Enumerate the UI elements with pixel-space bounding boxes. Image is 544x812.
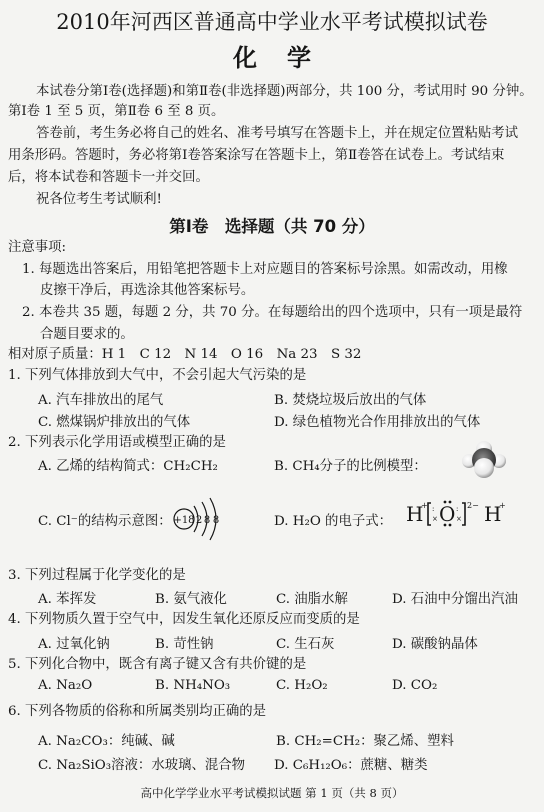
ch4-space-filling-model-icon <box>462 440 506 480</box>
page-footer: 高中化学学业水平考试模拟试题 第 1 页（共 8 页） <box>0 785 544 801</box>
question-1-option-c: C. 燃煤锅炉排放出的气体 <box>38 411 190 430</box>
question-2-option-d: D. H₂O 的电子式： <box>274 510 392 529</box>
svg-text:O: O <box>439 502 455 526</box>
question-1-option-d: D. 绿色植物光合作用排放出的气体 <box>274 411 480 430</box>
intro-line-2: 第Ⅰ卷 1 至 5 页，第Ⅱ卷 6 至 8 页。 <box>8 102 224 122</box>
intro-line-6: 祝各位考生考试顺利! <box>36 190 162 210</box>
notes-heading: 注意事项: <box>8 238 66 258</box>
note-1-line-1: 1. 每题选出答案后，用铅笔把答题卡上对应题目的答案标号涂黑。如需改动，用橡 <box>22 260 508 280</box>
question-2-option-c: C. Cl⁻的结构示意图： <box>38 510 172 529</box>
svg-text:2−: 2− <box>467 501 479 510</box>
question-4-option-d: D. 碳酸钠晶体 <box>392 633 478 652</box>
question-5-option-a: A. Na₂O <box>38 678 92 693</box>
question-2-option-b: B. CH₄分子的比例模型： <box>274 455 427 474</box>
question-6-option-c: C. Na₂SiO₃溶液：水玻璃、混合物 <box>38 754 245 773</box>
question-5-option-c: C. H₂O₂ <box>276 678 328 693</box>
nucleus-charge: +18 <box>173 515 194 526</box>
question-4-option-c: C. 生石灰 <box>276 633 334 652</box>
subject-title: 化学 <box>0 38 544 73</box>
question-5-option-d: D. CO₂ <box>392 678 437 693</box>
note-1-line-2: 皮擦干净后，再选涂其他答案标号。 <box>40 281 254 301</box>
chloride-ion-structure-diagram-icon: +18 2 8 8 <box>172 496 230 544</box>
question-6-option-b: B. CH₂=CH₂：聚乙烯、塑料 <box>276 730 454 749</box>
question-6-option-a: A. Na₂CO₃：纯碱、碱 <box>38 730 175 749</box>
question-2-option-a: A. 乙烯的结构简式：CH₂CH₂ <box>38 455 218 474</box>
question-3-stem: 3. 下列过程属于化学变化的是 <box>8 566 186 586</box>
section-title: 第Ⅰ卷 选择题（共 70 分） <box>0 213 544 237</box>
svg-text:×: × <box>432 515 438 523</box>
question-3-option-a: A. 苯挥发 <box>38 588 96 607</box>
question-4-option-b: B. 苛性钠 <box>155 633 214 652</box>
note-2-line-1: 2. 本卷共 35 题，每题 2 分，共 70 分。在每题给出的四个选项中，只有… <box>22 303 522 323</box>
water-electron-formula-icon: H + : × O : × 2− H + <box>404 497 544 529</box>
shell-1-electrons: 2 <box>196 515 202 526</box>
shell-2-electrons: 8 <box>204 515 210 526</box>
svg-text::: : <box>432 505 434 513</box>
svg-text:+: + <box>421 501 428 510</box>
intro-line-4: 用条形码。答题时，务必将第Ⅰ卷答案涂写在答题卡上，第Ⅱ卷答在试卷上。考试结束 <box>8 146 504 166</box>
question-3-option-c: C. 油脂水解 <box>276 588 348 607</box>
question-1-option-a: A. 汽车排放出的尾气 <box>38 389 163 408</box>
intro-line-3: 答卷前，考生务必将自己的姓名、准考号填写在答题卡上，并在规定位置粘贴考试 <box>36 124 518 144</box>
svg-text::: : <box>456 505 458 513</box>
question-4-option-a: A. 过氧化钠 <box>38 633 110 652</box>
question-6-option-d: D. C₆H₁₂O₆：蔗糖、糖类 <box>274 754 428 773</box>
question-3-option-d: D. 石油中分馏出汽油 <box>392 588 518 607</box>
question-5-stem: 5. 下列化合物中，既含有离子键又含有共价键的是 <box>8 655 306 675</box>
question-1-option-b: B. 焚烧垃圾后放出的气体 <box>274 389 426 408</box>
question-5-option-b: B. NH₄NO₃ <box>155 678 230 693</box>
note-2-line-2: 合题目要求的。 <box>40 325 134 345</box>
exam-title: 2010年河西区普通高中学业水平考试模拟试卷 <box>0 6 544 36</box>
svg-text:×: × <box>456 515 462 523</box>
shell-3-electrons: 8 <box>213 515 219 526</box>
question-2-stem: 2. 下列表示化学用语或模型正确的是 <box>8 433 226 453</box>
question-3-option-b: B. 氨气液化 <box>155 588 227 607</box>
question-1-stem: 1. 下列气体排放到大气中，不会引起大气污染的是 <box>8 366 306 386</box>
intro-line-1: 本试卷分第Ⅰ卷(选择题)和第Ⅱ卷(非选择题)两部分，共 100 分，考试用时 9… <box>36 82 533 102</box>
question-6-stem: 6. 下列各物质的俗称和所属类别均正确的是 <box>8 702 266 722</box>
question-4-stem: 4. 下列物质久置于空气中，因发生氧化还原反应而变质的是 <box>8 610 360 630</box>
svg-text:+: + <box>499 501 506 510</box>
atomic-masses: 相对原子质量：H 1 C 12 N 14 O 16 Na 23 S 32 <box>8 345 361 365</box>
intro-line-5: 后，将本试卷和答题卡一并交回。 <box>8 168 209 188</box>
